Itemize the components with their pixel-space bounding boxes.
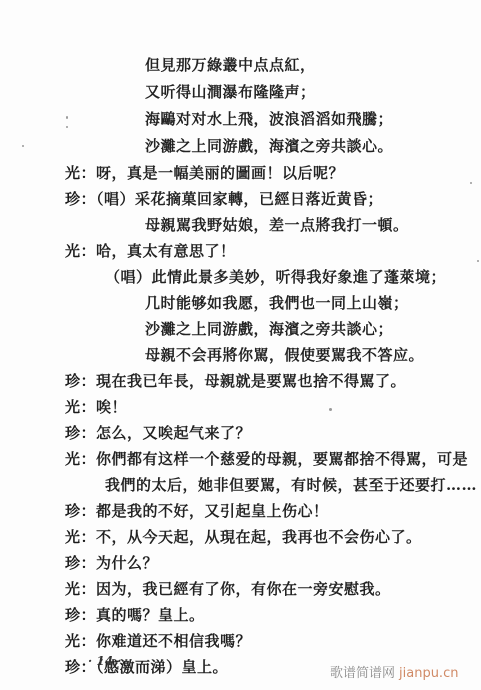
speaker-label: 珍：	[65, 372, 96, 390]
line-text: 你难道还不相信我嗎？	[96, 632, 251, 650]
dialogue-line: 光：哈，真太有意思了！	[65, 241, 236, 261]
verse-line: 几时能够如我愿，我們也一同上山嶺；	[145, 293, 409, 313]
line-text: 現在我已年長，母親就是要駡也捨不得駡了。	[96, 372, 406, 390]
verse-line: （唱）此情此景多美妙，听得我好象進了蓬萊境；	[105, 267, 446, 287]
dialogue-line: 光：因为，我已經有了你，有你在一旁安慰我。	[65, 579, 391, 599]
line-text: 怎么，又唉起气来了？	[96, 424, 251, 442]
verse-line: 沙灘之上同游戲，海濱之旁共談心。	[145, 136, 393, 156]
speaker-label: 光：	[65, 580, 96, 598]
dialogue-line: 珍：（唱）采花摘菓回家轉，已經日落近黄昏；	[65, 189, 383, 209]
line-text: 呀，真是一幅美丽的圖画！以后呢？	[96, 164, 344, 182]
verse-line: 沙灘之上同游戲，海濱之旁共談心；	[145, 319, 393, 339]
dialogue-line: 光：呀，真是一幅美丽的圖画！以后呢？	[65, 163, 344, 183]
line-text: 都是我的不好，又引起皇上伤心！	[96, 502, 329, 520]
watermark-domain: jianpu.cn	[399, 666, 458, 681]
line-text: 但見那万綠叢中点点紅，	[145, 56, 316, 74]
line-text: 海鷗对对水上飛，波浪滔滔如飛騰；	[145, 110, 393, 128]
scan-speck	[22, 145, 24, 147]
dialogue-line: 珍：怎么，又唉起气来了？	[65, 423, 251, 443]
line-text: 你們都有这样一个慈爱的母親，要駡都捨不得駡，可是	[96, 450, 468, 468]
speaker-label: 光：	[65, 528, 96, 546]
verse-line: 但見那万綠叢中点点紅，	[145, 55, 316, 75]
watermark-chinese: 歌谱简谱网	[330, 666, 395, 681]
line-text: 不，从今天起，从現在起，我再也不会伤心了。	[96, 528, 422, 546]
speaker-label: 光：	[65, 450, 96, 468]
dialogue-line: 珍：为什么？	[65, 553, 158, 573]
speaker-label: 光：	[65, 242, 96, 260]
verse-line: 我們的太后，她非但要駡，有时候，甚至于还要打……	[105, 475, 477, 495]
line-text: （唱）采花摘菓回家轉，已經日落近黄昏；	[96, 190, 383, 208]
line-text: 母親駡我野姑娘，差一点將我打一頓。	[145, 216, 409, 234]
speaker-label: 珍：	[65, 190, 96, 208]
verse-line: 又听得山澗瀑布隆隆声；	[145, 82, 316, 102]
scan-speck	[66, 116, 68, 119]
dialogue-line: 光：唉！	[65, 397, 127, 417]
line-text: 为什么？	[96, 554, 158, 572]
speaker-label: 光：	[65, 398, 96, 416]
speaker-label: 珍：	[65, 554, 96, 572]
line-text: 沙灘之上同游戲，海濱之旁共談心；	[145, 320, 393, 338]
line-text: （唱）此情此景多美妙，听得我好象進了蓬萊境；	[105, 268, 446, 286]
scan-speck	[66, 126, 68, 128]
line-text: 因为，我已經有了你，有你在一旁安慰我。	[96, 580, 391, 598]
dialogue-line: 光：你难道还不相信我嗎？	[65, 631, 251, 651]
scan-speck	[329, 408, 332, 411]
line-text: 几时能够如我愿，我們也一同上山嶺；	[145, 294, 409, 312]
dialogue-line: 珍：真的嗎？皇上。	[65, 605, 205, 625]
page-number: · 14 ·	[88, 654, 121, 668]
speaker-label: 光：	[65, 164, 96, 182]
dialogue-line: 珍：都是我的不好，又引起皇上伤心！	[65, 501, 329, 521]
scan-speck	[470, 182, 472, 184]
scanned-page: 但見那万綠叢中点点紅，又听得山澗瀑布隆隆声；海鷗对对水上飛，波浪滔滔如飛騰；沙灘…	[0, 0, 481, 690]
speaker-label: 光：	[65, 632, 96, 650]
verse-line: 海鷗对对水上飛，波浪滔滔如飛騰；	[145, 109, 393, 129]
verse-line: 母親駡我野姑娘，差一点將我打一頓。	[145, 215, 409, 235]
speaker-label: 珍：	[65, 502, 96, 520]
line-text: 哈，真太有意思了！	[96, 242, 236, 260]
line-text: 唉！	[96, 398, 127, 416]
dialogue-line: 珍：現在我已年長，母親就是要駡也捨不得駡了。	[65, 371, 406, 391]
speaker-label: 珍：	[65, 424, 96, 442]
dialogue-line: 光：你們都有这样一个慈爱的母親，要駡都捨不得駡，可是	[65, 449, 468, 469]
line-text: 沙灘之上同游戲，海濱之旁共談心。	[145, 137, 393, 155]
line-text: 我們的太后，她非但要駡，有时候，甚至于还要打……	[105, 476, 477, 494]
line-text: 母親不会再將你駡，假使要駡我不答应。	[145, 346, 424, 364]
scan-speck	[477, 260, 479, 262]
verse-line: 母親不会再將你駡，假使要駡我不答应。	[145, 345, 424, 365]
watermark: 歌谱简谱网jianpu.cn	[330, 662, 458, 681]
line-text: 又听得山澗瀑布隆隆声；	[145, 83, 316, 101]
dialogue-line: 光：不，从今天起，从現在起，我再也不会伤心了。	[65, 527, 422, 547]
line-text: 真的嗎？皇上。	[96, 606, 205, 624]
speaker-label: 珍：	[65, 606, 96, 624]
